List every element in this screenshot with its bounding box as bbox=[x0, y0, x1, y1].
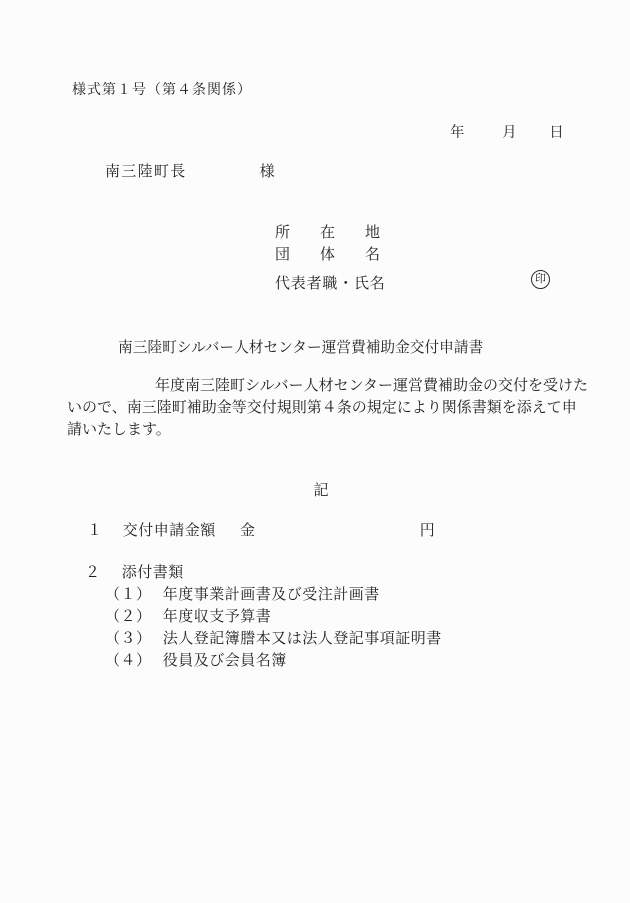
month-label: 月 bbox=[502, 125, 517, 141]
amount-row-label: 交付申請金額 bbox=[123, 523, 216, 539]
attachment-item-label: 年度収支予算書 bbox=[163, 609, 272, 625]
attachment-item-label: 年度事業計画書及び受注計画書 bbox=[163, 587, 380, 603]
attachment-item-label: 法人登記簿謄本又は法人登記事項証明書 bbox=[163, 631, 442, 647]
attachment-item-number: （３） bbox=[105, 631, 152, 647]
body-line: 請いたします。 bbox=[67, 419, 587, 441]
attachments-heading-label: 添付書類 bbox=[122, 565, 184, 581]
attachment-item-label: 役員及び会員名簿 bbox=[163, 653, 287, 669]
attachment-item-number: （１） bbox=[105, 587, 152, 603]
issue-date-line: 年 月 日 bbox=[450, 121, 564, 142]
amount-row-number: １ bbox=[87, 523, 103, 539]
addressee-line: 南三陸町長 様 bbox=[105, 160, 276, 181]
body-line: 年度南三陸町シルバー人材センター運営費補助金の交付を受けた bbox=[67, 375, 587, 397]
attachments-heading-number: ２ bbox=[85, 565, 101, 581]
attachment-item: （１） 年度事業計画書及び受注計画書 bbox=[105, 583, 380, 604]
body-line: いので、南三陸町補助金等交付規則第４条の規定により関係書類を添えて申 bbox=[67, 397, 587, 419]
sender-representative-row: 代表者職・氏名 bbox=[275, 272, 386, 293]
addressee-honorific: 様 bbox=[260, 164, 276, 180]
sender-organization-row: 団 体 名 bbox=[275, 243, 380, 264]
amount-unit: 円 bbox=[420, 523, 436, 539]
document-page: 様式第１号（第４条関係） 年 月 日 南三陸町長 様 所 在 地 団 体 名 代… bbox=[0, 0, 630, 903]
sender-address-row: 所 在 地 bbox=[275, 221, 380, 242]
attachment-item-number: （４） bbox=[105, 653, 152, 669]
year-label: 年 bbox=[450, 125, 465, 141]
seal-icon: 印 bbox=[531, 270, 550, 289]
attachment-item: （４） 役員及び会員名簿 bbox=[105, 649, 287, 670]
attachment-item: （２） 年度収支予算書 bbox=[105, 605, 271, 626]
note-heading: 記 bbox=[0, 479, 630, 500]
attachment-item: （３） 法人登記簿謄本又は法人登記事項証明書 bbox=[105, 627, 442, 648]
body-paragraph: 年度南三陸町シルバー人材センター運営費補助金の交付を受けた いので、南三陸町補助… bbox=[67, 375, 587, 441]
attachments-heading-row: ２ 添付書類 bbox=[85, 561, 184, 582]
amount-prefix: 金 bbox=[240, 523, 256, 539]
document-title: 南三陸町シルバー人材センター運営費補助金交付申請書 bbox=[118, 336, 483, 357]
form-number: 様式第１号（第４条関係） bbox=[72, 79, 252, 99]
addressee-name: 南三陸町長 bbox=[105, 164, 187, 180]
attachment-item-number: （２） bbox=[105, 609, 152, 625]
amount-row: １ 交付申請金額 金 円 bbox=[87, 519, 435, 540]
day-label: 日 bbox=[549, 125, 564, 141]
